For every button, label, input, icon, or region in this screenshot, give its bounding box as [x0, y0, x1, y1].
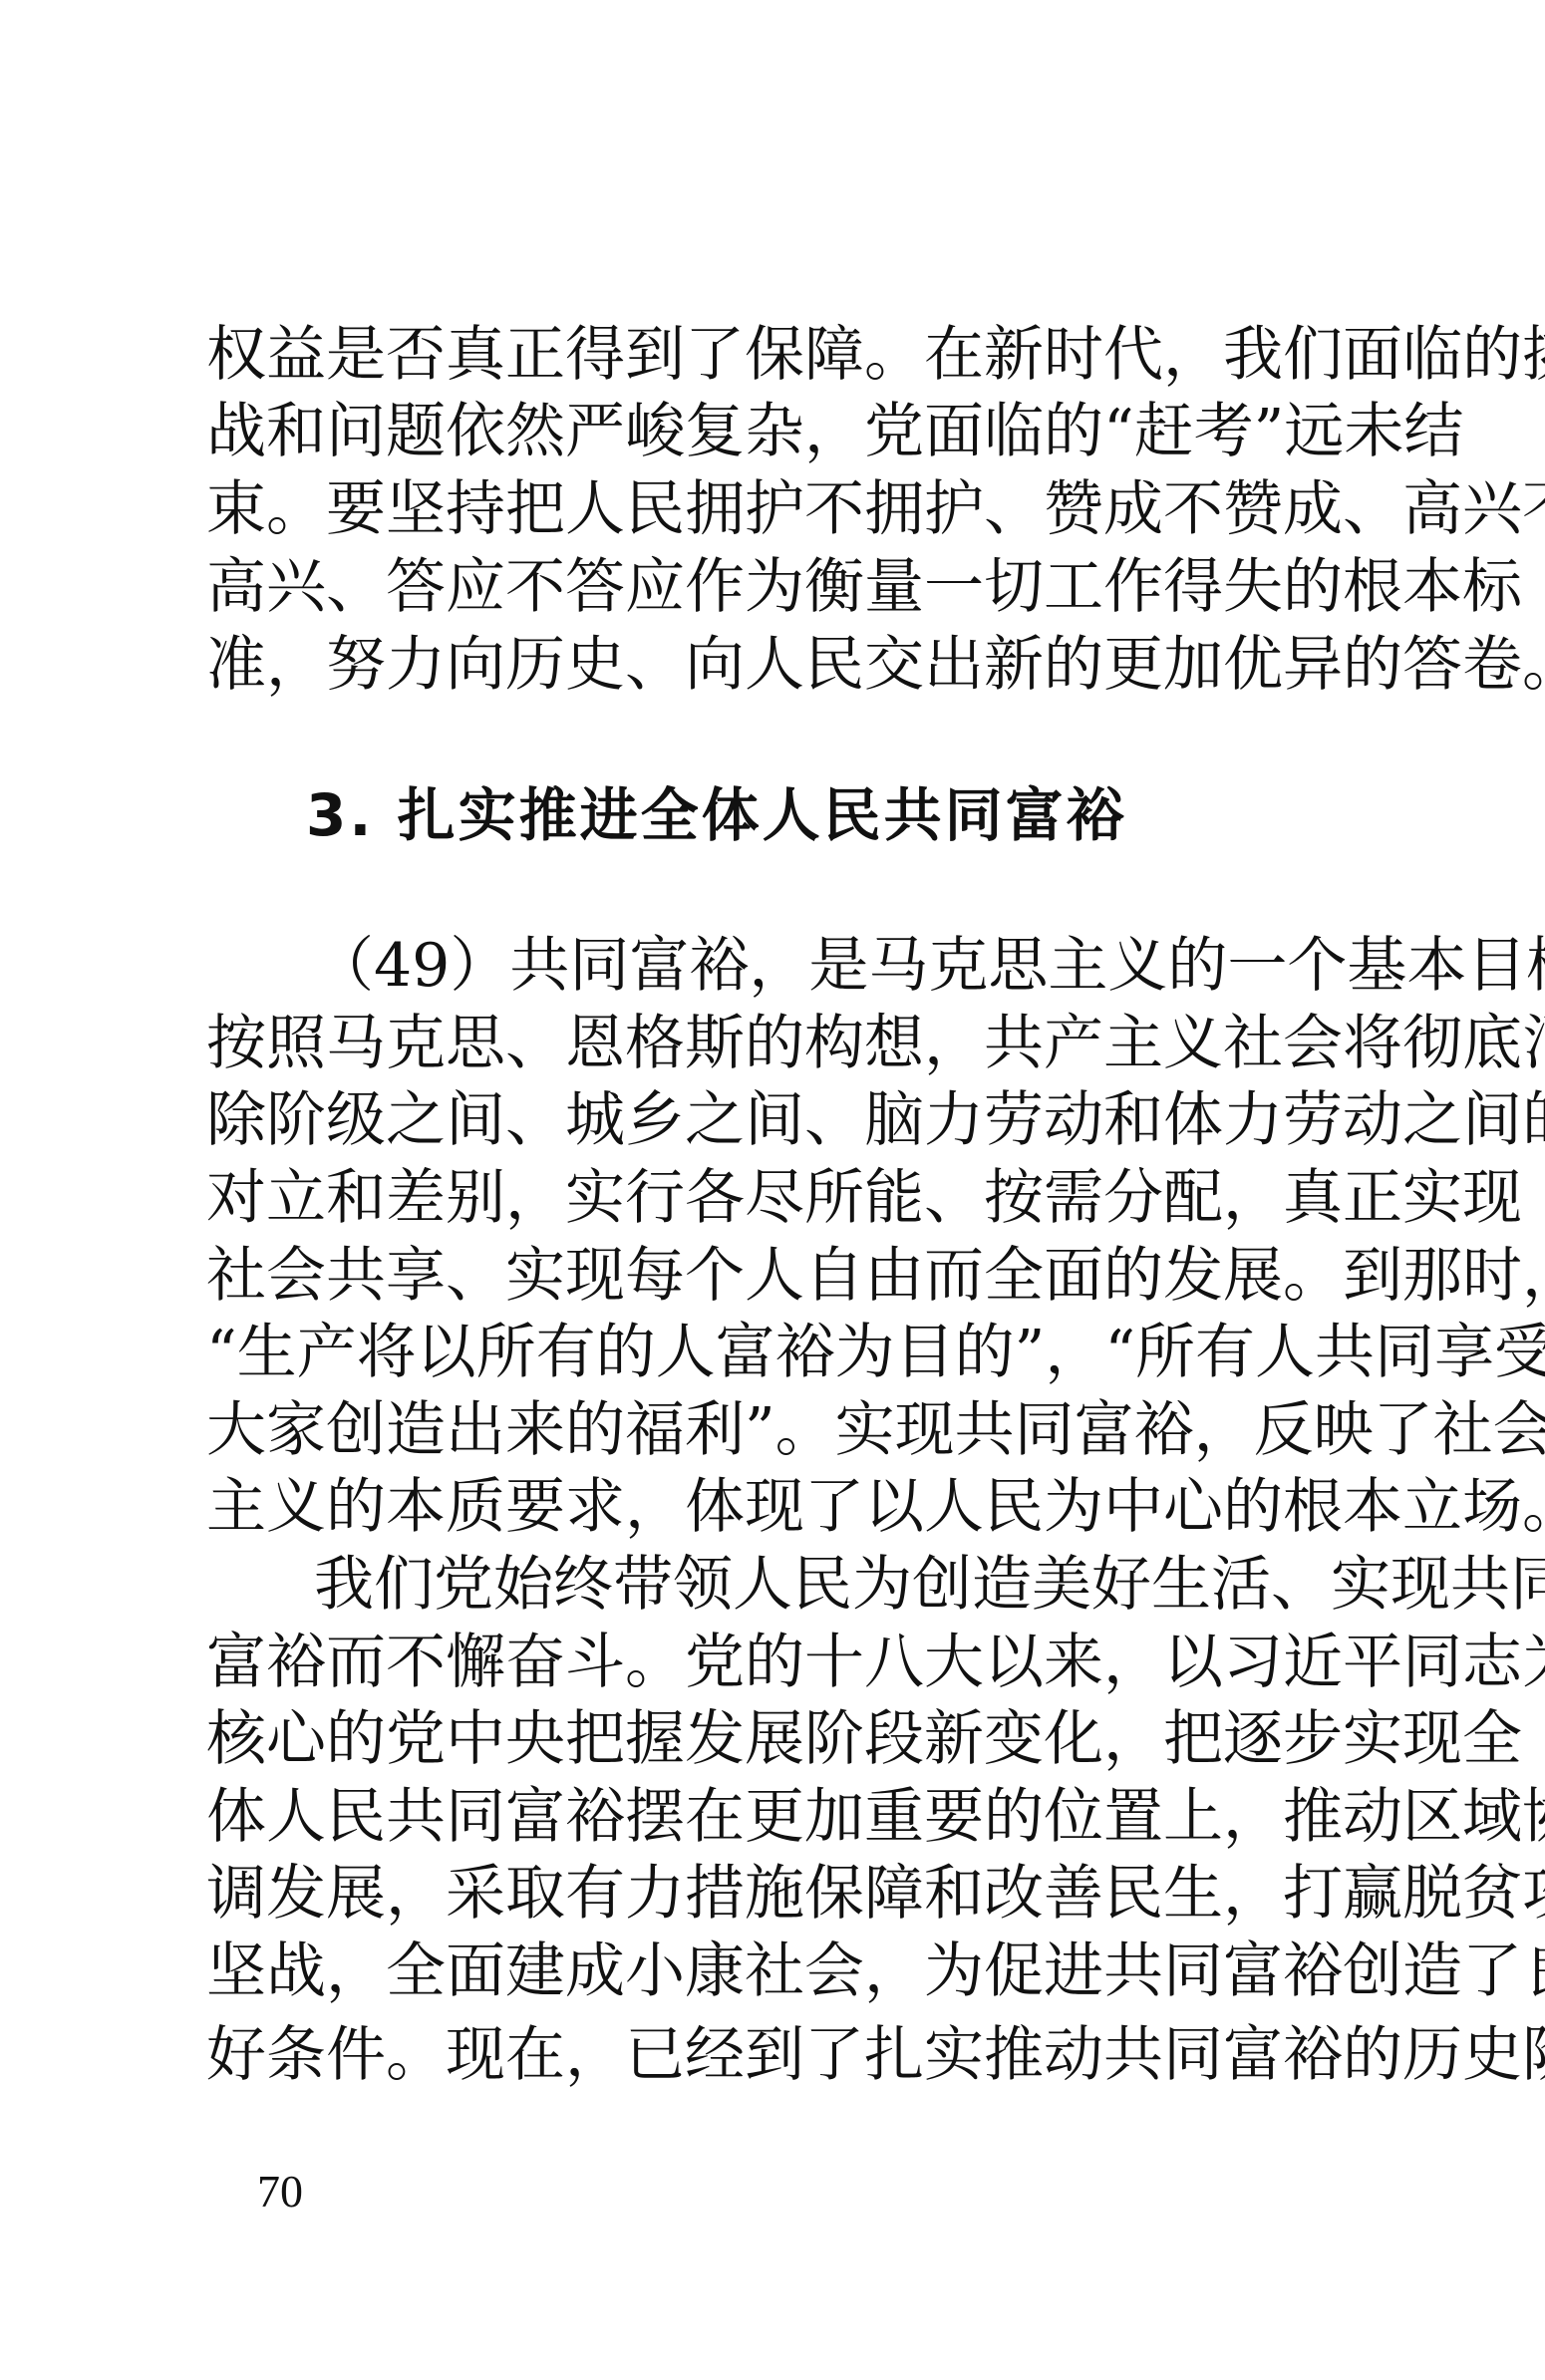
body-text-line: 社会共享、实现每个人自由而全面的发展。到那时，: [206, 1237, 1348, 1315]
body-text-line: 主义的本质要求，体现了以人民为中心的根本立场。: [206, 1468, 1348, 1546]
body-text-line: 除阶级之间、城乡之间、脑力劳动和体力劳动之间的: [206, 1081, 1348, 1159]
body-text-line: 权益是否真正得到了保障。在新时代，我们面临的挑: [206, 316, 1348, 394]
body-text-line: 调发展，采取有力措施保障和改善民生，打赢脱贫攻: [206, 1855, 1348, 1933]
body-text-line: 体人民共同富裕摆在更加重要的位置上，推动区域协: [206, 1778, 1348, 1856]
body-text-line: （49）共同富裕，是马克思主义的一个基本目标。: [314, 927, 1348, 1005]
body-text-line: 我们党始终带领人民为创造美好生活、实现共同: [314, 1546, 1348, 1624]
body-text-line: 好条件。现在，已经到了扎实推动共同富裕的历史阶: [206, 2016, 1348, 2094]
body-text-line: 对立和差别，实行各尽所能、按需分配，真正实现: [206, 1159, 1348, 1237]
body-text-line: 战和问题依然严峻复杂，党面临的“赶考”远未结: [206, 393, 1348, 470]
body-text-line: 按照马克思、恩格斯的构想，共产主义社会将彻底消: [206, 1005, 1348, 1082]
section-heading: 3. 扎实推进全体人民共同富裕: [306, 776, 1127, 854]
body-text-line: 大家创造出来的福利”。实现共同富裕，反映了社会: [206, 1391, 1348, 1469]
page-number: 70: [257, 2165, 303, 2218]
body-text-line: 束。要坚持把人民拥护不拥护、赞成不赞成、高兴不: [206, 470, 1348, 548]
body-text-line: 坚战，全面建成小康社会，为促进共同富裕创造了良: [206, 1933, 1348, 2010]
body-text-line: 核心的党中央把握发展阶段新变化，把逐步实现全: [206, 1700, 1348, 1778]
body-text-line: 富裕而不懈奋斗。党的十八大以来，以习近平同志为: [206, 1624, 1348, 1701]
body-text-line: 高兴、答应不答应作为衡量一切工作得失的根本标: [206, 548, 1348, 626]
body-text-line: 准，努力向历史、向人民交出新的更加优异的答卷。: [206, 626, 1348, 704]
body-text-line: “生产将以所有的人富裕为目的”，“所有人共同享受: [206, 1314, 1348, 1391]
